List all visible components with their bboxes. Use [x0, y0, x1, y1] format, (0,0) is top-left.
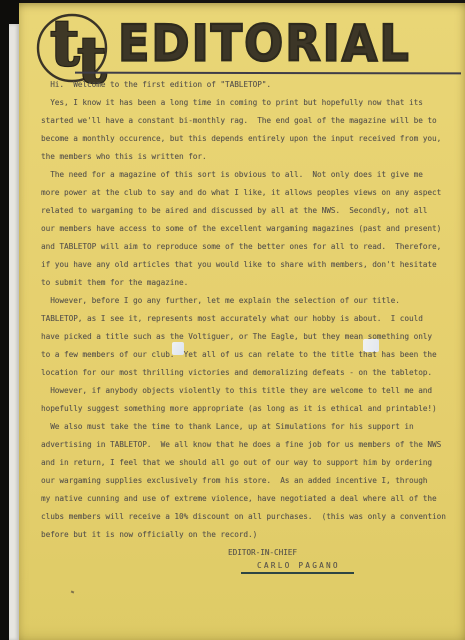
paragraph-intro: Yes, I know it has been a long time in c… — [41, 94, 456, 166]
scanner-edge-left — [0, 0, 9, 640]
paragraph-need: The need for a magazine of this sort is … — [41, 166, 456, 292]
scanner-corner — [0, 0, 20, 24]
signoff-name: CARLO PAGANO — [241, 561, 354, 574]
page-title: EDITORIAL — [118, 15, 463, 71]
paragraph-objections: However, if anybody objects violently to… — [41, 382, 456, 418]
paragraph-greeting: Hi. Welcome to the first edition of "TAB… — [41, 76, 456, 94]
logo-letter-t1: t — [50, 6, 80, 81]
title-underline — [75, 72, 461, 75]
paragraph-thanks: We also must take the time to thank Lanc… — [41, 418, 456, 544]
page-edge-strip — [9, 24, 19, 640]
editorial-body: Hi. Welcome to the first edition of "TAB… — [41, 76, 456, 544]
paragraph-title-choice: However, before I go any further, let me… — [41, 292, 456, 382]
editorial-page: t t EDITORIAL Hi. Welcome to the first e… — [19, 3, 465, 640]
paper-speck — [71, 591, 75, 594]
signoff-role: EDITOR-IN-CHIEF — [228, 548, 297, 557]
